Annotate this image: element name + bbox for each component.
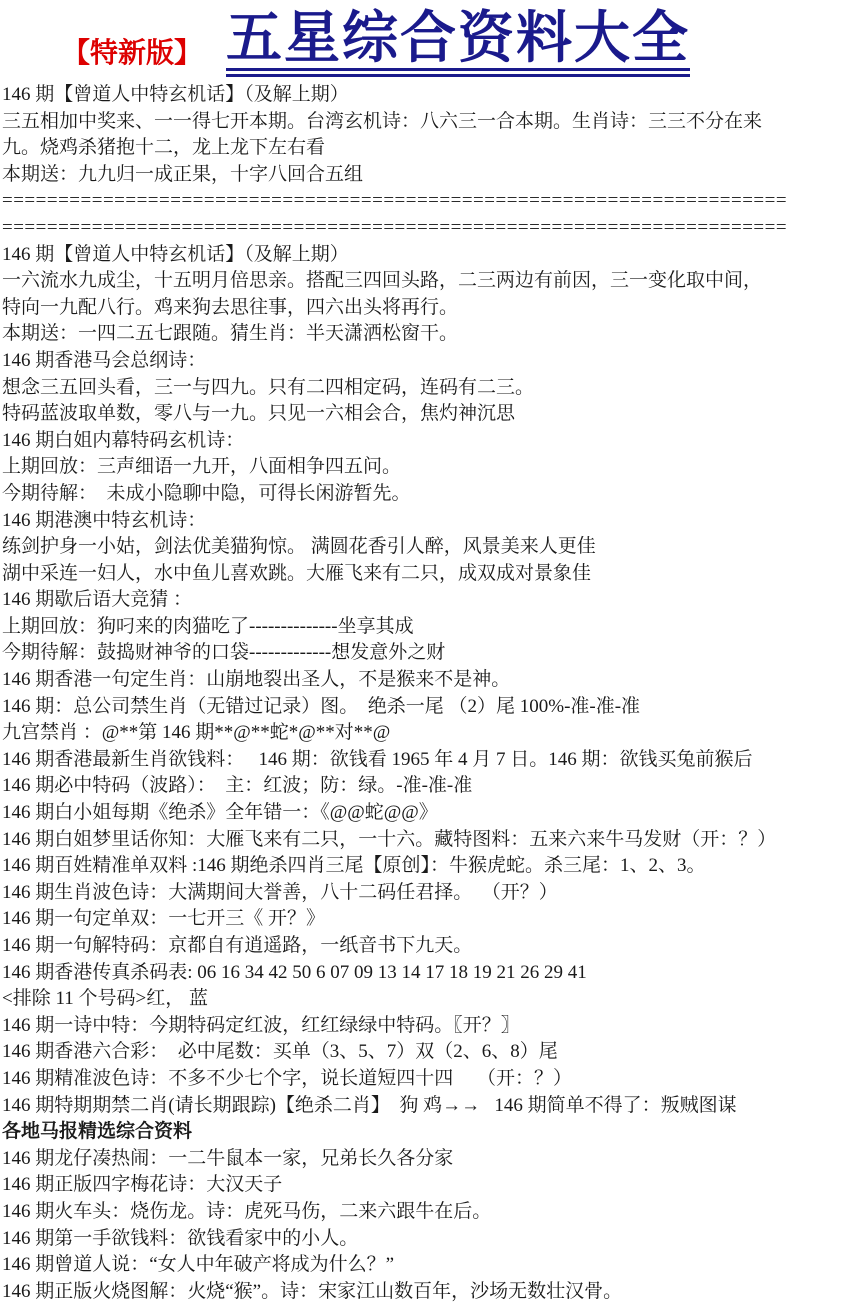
text-line: 今期待解：鼓捣财神爷的口袋-------------想发意外之财 — [2, 640, 854, 667]
text-line: 湖中采连一妇人，水中鱼儿喜欢跳。大雁飞来有二只，成双成对景象佳 — [2, 561, 854, 588]
page-title: 五星综合资料大全 — [226, 11, 690, 77]
text-line: 本期送：一四二五七跟随。猜生肖：半天潇洒松窗干。 — [2, 321, 854, 348]
text-line: 146 期火车头：烧伤龙。诗：虎死马伤，二来六跟牛在后。 — [2, 1199, 854, 1226]
text-line: 146 期龙仔凑热闹：一二牛鼠本一家，兄弟长久各分家 — [2, 1146, 854, 1173]
text-line: 146 期白姐内幕特码玄机诗： — [2, 428, 854, 455]
text-line: 146 期第一手欲钱料：欲钱看家中的小人。 — [2, 1226, 854, 1253]
text-line: 146 期【曾道人中特玄机话】（及解上期） — [2, 242, 854, 269]
page-header: 【特新版】 五星综合资料大全 — [0, 0, 854, 82]
text-line: 各地马报精选综合资料 — [2, 1119, 854, 1146]
text-line: 146 期正版火烧图解：火烧“猴”。诗：宋家江山数百年，沙场无数壮汉骨。 — [2, 1279, 854, 1306]
text-line: 九。烧鸡杀猪抱十二，龙上龙下左右看 — [2, 135, 854, 162]
text-line: 特码蓝波取单数，零八与一九。只见一六相会合，焦灼神沉思 — [2, 401, 854, 428]
text-line: 146 期：总公司禁生肖（无错过记录）图。 绝杀一尾 （2）尾 100%-准-准… — [2, 694, 854, 721]
text-line: 146 期香港马会总纲诗： — [2, 348, 854, 375]
text-line: 三五相加中奖来、一一得七开本期。台湾玄机诗：八六三一合本期。生肖诗：三三不分在来 — [2, 109, 854, 136]
text-line: 本期送：九九归一成正果，十字八回合五组 — [2, 162, 854, 189]
text-line: 练剑护身一小姑，剑法优美猫狗惊。 满圆花香引人醉，风景美来人更佳 — [2, 534, 854, 561]
separator-line: ========================================… — [2, 188, 854, 215]
text-line: 146 期香港最新生肖欲钱料： 146 期：欲钱看 1965 年 4 月 7 日… — [2, 747, 854, 774]
text-line: 146 期白姐梦里话你知：大雁飞来有二只，一十六。藏特图料：五来六来牛马发财（开… — [2, 827, 854, 854]
text-line: 146 期必中特码（波路）： 主：红波；防：绿。-准-准-准 — [2, 773, 854, 800]
text-line: 146 期港澳中特玄机诗： — [2, 508, 854, 535]
content-lines: 146 期【曾道人中特玄机话】（及解上期）三五相加中奖来、一一得七开本期。台湾玄… — [0, 82, 854, 1305]
text-line: 146 期白小姐每期《绝杀》全年错一：《@@蛇@@》 — [2, 800, 854, 827]
text-line: 146 期【曾道人中特玄机话】（及解上期） — [2, 82, 854, 109]
edition-badge: 【特新版】 — [62, 31, 202, 71]
text-line: 特向一九配八行。鸡来狗去思往事，四六出头将再行。 — [2, 295, 854, 322]
text-line: 146 期一句定单双：一七开三《 开？》 — [2, 906, 854, 933]
text-line: 146 期正版四字梅花诗：大汉天子 — [2, 1172, 854, 1199]
text-line: 146 期歇后语大竞猜 ： — [2, 587, 854, 614]
text-line: 146 期香港六合彩： 必中尾数：买单（3、5、7）双（2、6、8）尾 — [2, 1039, 854, 1066]
text-line: 146 期香港一句定生肖：山崩地裂出圣人，不是猴来不是神。 — [2, 667, 854, 694]
text-line: 一六流水九成尘，十五明月倍思亲。搭配三四回头路，二三两边有前因，三一变化取中间， — [2, 268, 854, 295]
text-line: 146 期香港传真杀码表: 06 16 34 42 50 6 07 09 13 … — [2, 960, 854, 987]
text-line: 上期回放：狗叼来的肉猫吃了--------------坐享其成 — [2, 614, 854, 641]
text-line: 九宫禁肖 ：@**第 146 期**@**蛇*@**对**@ — [2, 720, 854, 747]
text-line: 146 期精准波色诗：不多不少七个字，说长道短四十四 （开：？） — [2, 1066, 854, 1093]
text-line: 146 期特期期禁二肖(请长期跟踪)【绝杀二肖】 狗 鸡→→ 146 期简单不得… — [2, 1093, 854, 1120]
text-line: 想念三五回头看，三一与四九。只有二四相定码，连码有二三。 — [2, 375, 854, 402]
separator-line: ========================================… — [2, 215, 854, 242]
text-line: 146 期一诗中特：今期特码定红波，红红绿绿中特码。〖开？〗 — [2, 1013, 854, 1040]
text-line: 146 期一句解特码：京都自有逍遥路，一纸音书下九天。 — [2, 933, 854, 960]
text-line: 146 期生肖波色诗：大满期间大誉善，八十二码任君择。 （开？） — [2, 880, 854, 907]
text-line: 今期待解： 未成小隐聊中隐，可得长闲游暂先。 — [2, 481, 854, 508]
text-line: 146 期曾道人说：“女人中年破产将成为什么？” — [2, 1252, 854, 1279]
text-line: 146 期百姓精准单双料 :146 期绝杀四肖三尾【原创】：牛猴虎蛇。杀三尾：1… — [2, 853, 854, 880]
text-line: 上期回放：三声细语一九开，八面相争四五问。 — [2, 454, 854, 481]
text-line: <排除 11 个号码>红， 蓝 — [2, 986, 854, 1013]
